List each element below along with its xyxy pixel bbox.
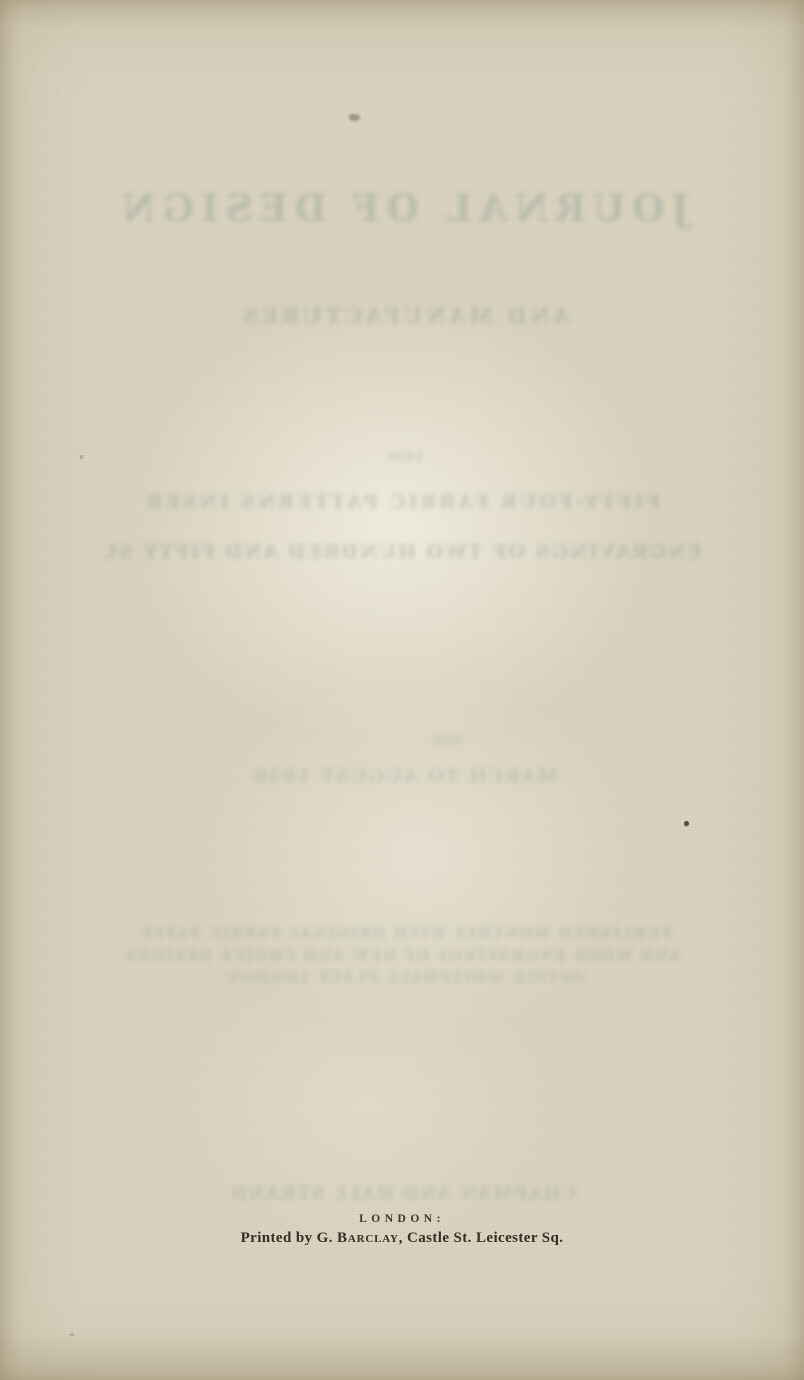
ghost-bleedthrough-mark-vol: VOL bbox=[420, 733, 472, 747]
ink-smudge bbox=[349, 114, 360, 121]
imprint-printer-name: Barclay bbox=[337, 1230, 399, 1246]
ghost-bleedthrough-line-engravings: ENGRAVINGS OF TWO HUNDRED AND FIFTY SUBJ… bbox=[104, 541, 702, 563]
printer-imprint: LONDON: Printed by G. Barclay, Castle St… bbox=[0, 1213, 804, 1247]
ghost-bleedthrough-block-line1: PUBLISHED MONTHLY WITH ORIGINAL FABRIC P… bbox=[138, 926, 672, 942]
ghost-bleedthrough-block-line2: AND WOOD ENGRAVINGS OF NEW AND CHOICE DE… bbox=[112, 948, 692, 964]
imprint-printer-suffix: , Castle St. Leicester Sq. bbox=[399, 1230, 564, 1246]
imprint-printer-line: Printed by G. Barclay, Castle St. Leices… bbox=[0, 1230, 804, 1247]
ghost-bleedthrough-mark-year: 1850 bbox=[380, 450, 430, 464]
ghost-bleedthrough-subtitle: AND MANUFACTURES bbox=[240, 303, 570, 328]
ghost-bleedthrough-line-date: MARCH TO AUGUST 1850 bbox=[240, 766, 570, 787]
ink-dot bbox=[684, 821, 689, 826]
imprint-city-line: LONDON: bbox=[0, 1213, 804, 1225]
paper-speck bbox=[70, 1333, 74, 1336]
ghost-bleedthrough-title: JOURNAL OF DESIGN bbox=[102, 186, 702, 230]
ghost-bleedthrough-publisher: CHAPMAN AND HALL STRAND bbox=[228, 1184, 578, 1204]
paper-speck bbox=[80, 455, 83, 459]
scanned-book-page: JOURNAL OF DESIGN AND MANUFACTURES 1850 … bbox=[0, 0, 804, 1380]
ghost-bleedthrough-block-line3: OFFICE WHITEHALL PLACE LONDON bbox=[184, 970, 624, 986]
imprint-printer-prefix: Printed by G. bbox=[241, 1230, 337, 1246]
ghost-bleedthrough-line-patterns: FIFTY-FOUR FABRIC PATTERNS INSERTED bbox=[148, 491, 660, 513]
